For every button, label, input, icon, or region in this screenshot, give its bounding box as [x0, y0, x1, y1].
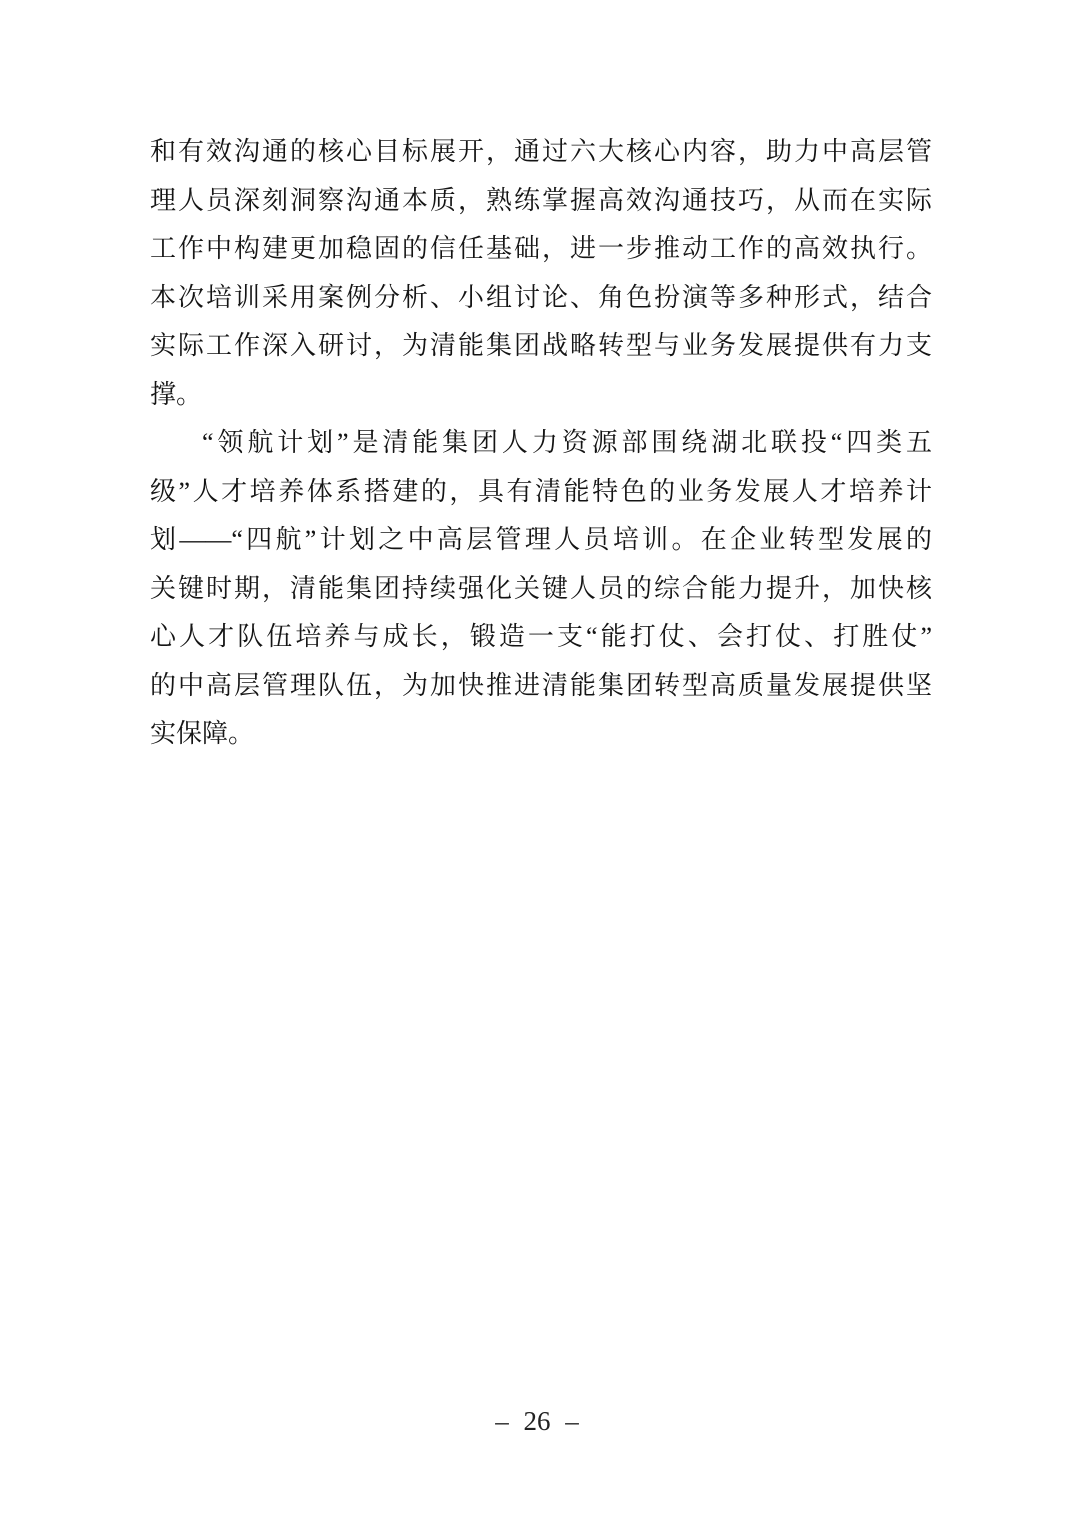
text-line: 撑。 [150, 371, 932, 420]
text-line: 理人员深刻洞察沟通本质，熟练掌握高效沟通技巧，从而在实际 [150, 177, 932, 226]
text-line: 的中高层管理队伍，为加快推进清能集团转型高质量发展提供坚 [150, 662, 932, 711]
text-line: 划——“四航”计划之中高层管理人员培训。在企业转型发展的 [150, 516, 932, 565]
text-line: 工作中构建更加稳固的信任基础，进一步推动工作的高效执行。 [150, 225, 932, 274]
text-line: 实际工作深入研讨，为清能集团战略转型与业务发展提供有力支 [150, 322, 932, 371]
text-line: “领航计划”是清能集团人力资源部围绕湖北联投“四类五 [150, 419, 932, 468]
text-line: 和有效沟通的核心目标展开，通过六大核心内容，助力中高层管 [150, 128, 932, 177]
page-number: – 26 – [0, 1406, 1074, 1437]
text-line: 实保障。 [150, 710, 932, 759]
text-line: 级”人才培养体系搭建的，具有清能特色的业务发展人才培养计 [150, 468, 932, 517]
text-line: 关键时期，清能集团持续强化关键人员的综合能力提升，加快核 [150, 565, 932, 614]
document-body: 和有效沟通的核心目标展开，通过六大核心内容，助力中高层管理人员深刻洞察沟通本质，… [150, 128, 932, 759]
text-line: 心人才队伍培养与成长，锻造一支“能打仗、会打仗、打胜仗” [150, 613, 932, 662]
document-page: 和有效沟通的核心目标展开，通过六大核心内容，助力中高层管理人员深刻洞察沟通本质，… [0, 0, 1074, 1520]
text-line: 本次培训采用案例分析、小组讨论、角色扮演等多种形式，结合 [150, 274, 932, 323]
